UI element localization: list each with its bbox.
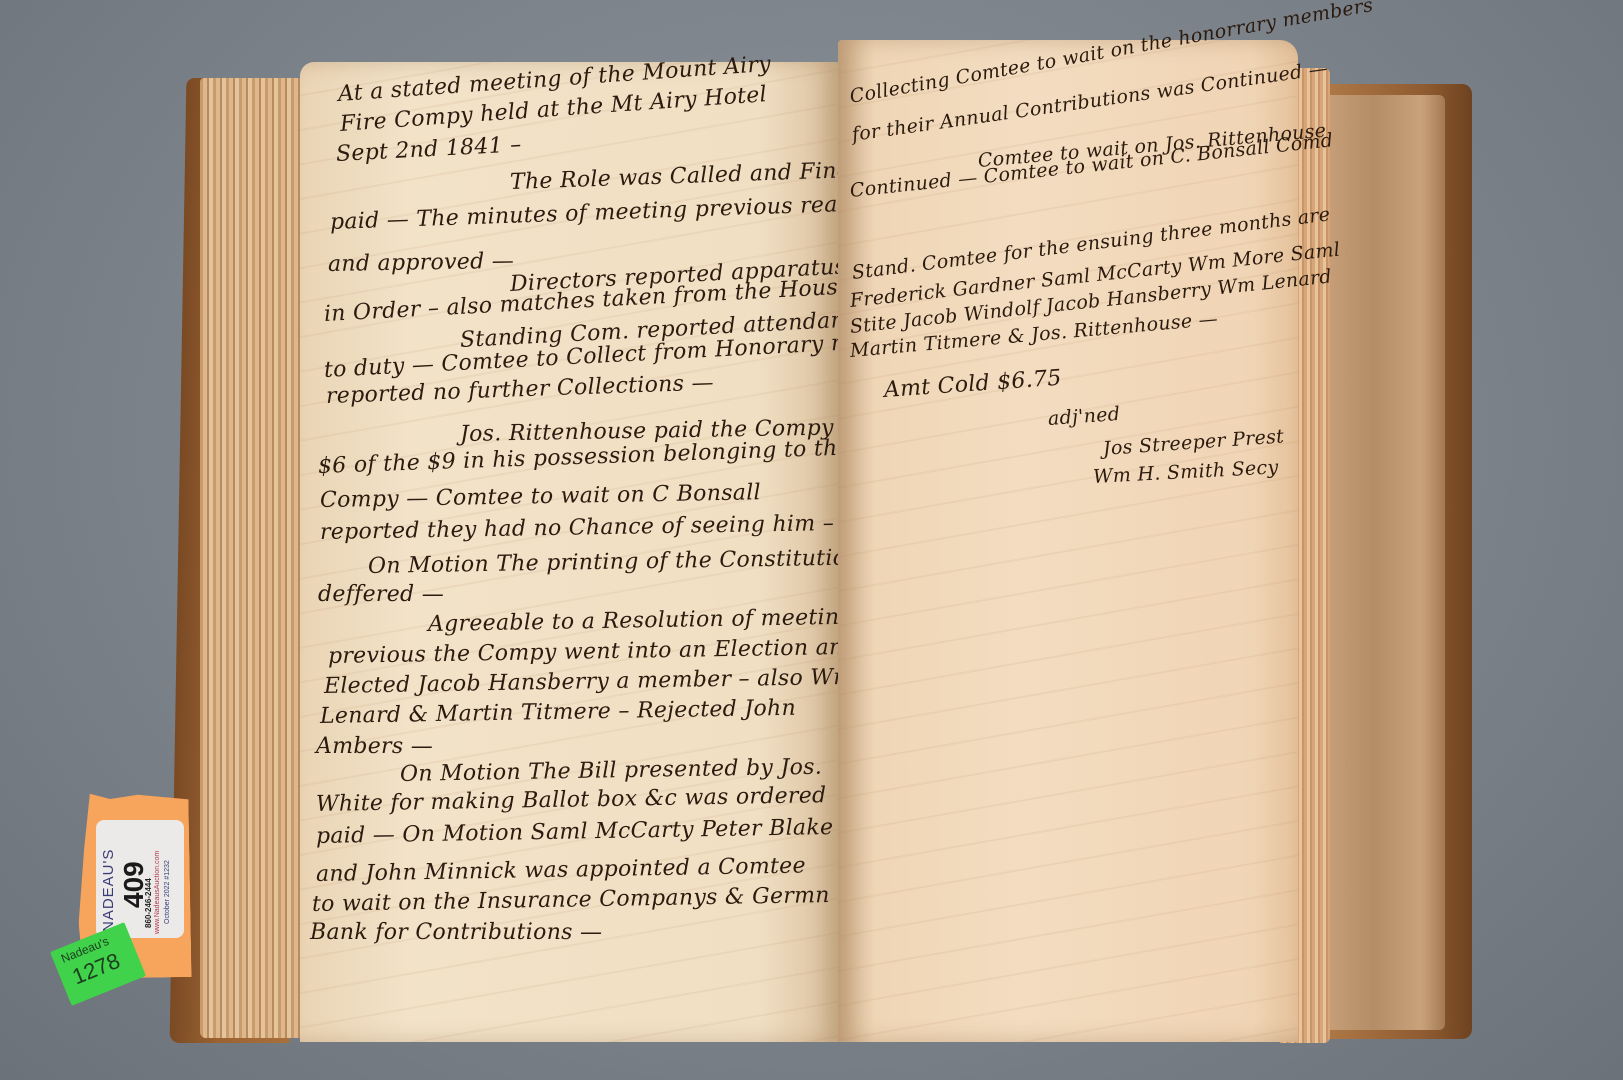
left-page: At a stated meeting of the Mount Airy Fi… [300, 62, 840, 1042]
handwritten-line: deffered — [318, 582, 444, 607]
lot-brand: NADEAU'S [100, 849, 117, 932]
page-edges-left [200, 78, 310, 1038]
lot-phone: 860-246-2444 [144, 878, 153, 928]
lot-website: www.NadeausAuction.com [154, 851, 161, 934]
handwritten-line: Ambers — [316, 734, 433, 759]
handwritten-line: Bank for Contributions — [310, 920, 602, 945]
endpaper-right [1325, 95, 1445, 1030]
handwritten-line: and approved — [328, 249, 515, 277]
lot-label: NADEAU'S 409 860-246-2444 www.NadeausAuc… [96, 820, 184, 938]
lot-sale: October 2022 #1232 [164, 860, 171, 924]
right-page: Collecting Comtee to wait on the honorra… [838, 40, 1298, 1042]
